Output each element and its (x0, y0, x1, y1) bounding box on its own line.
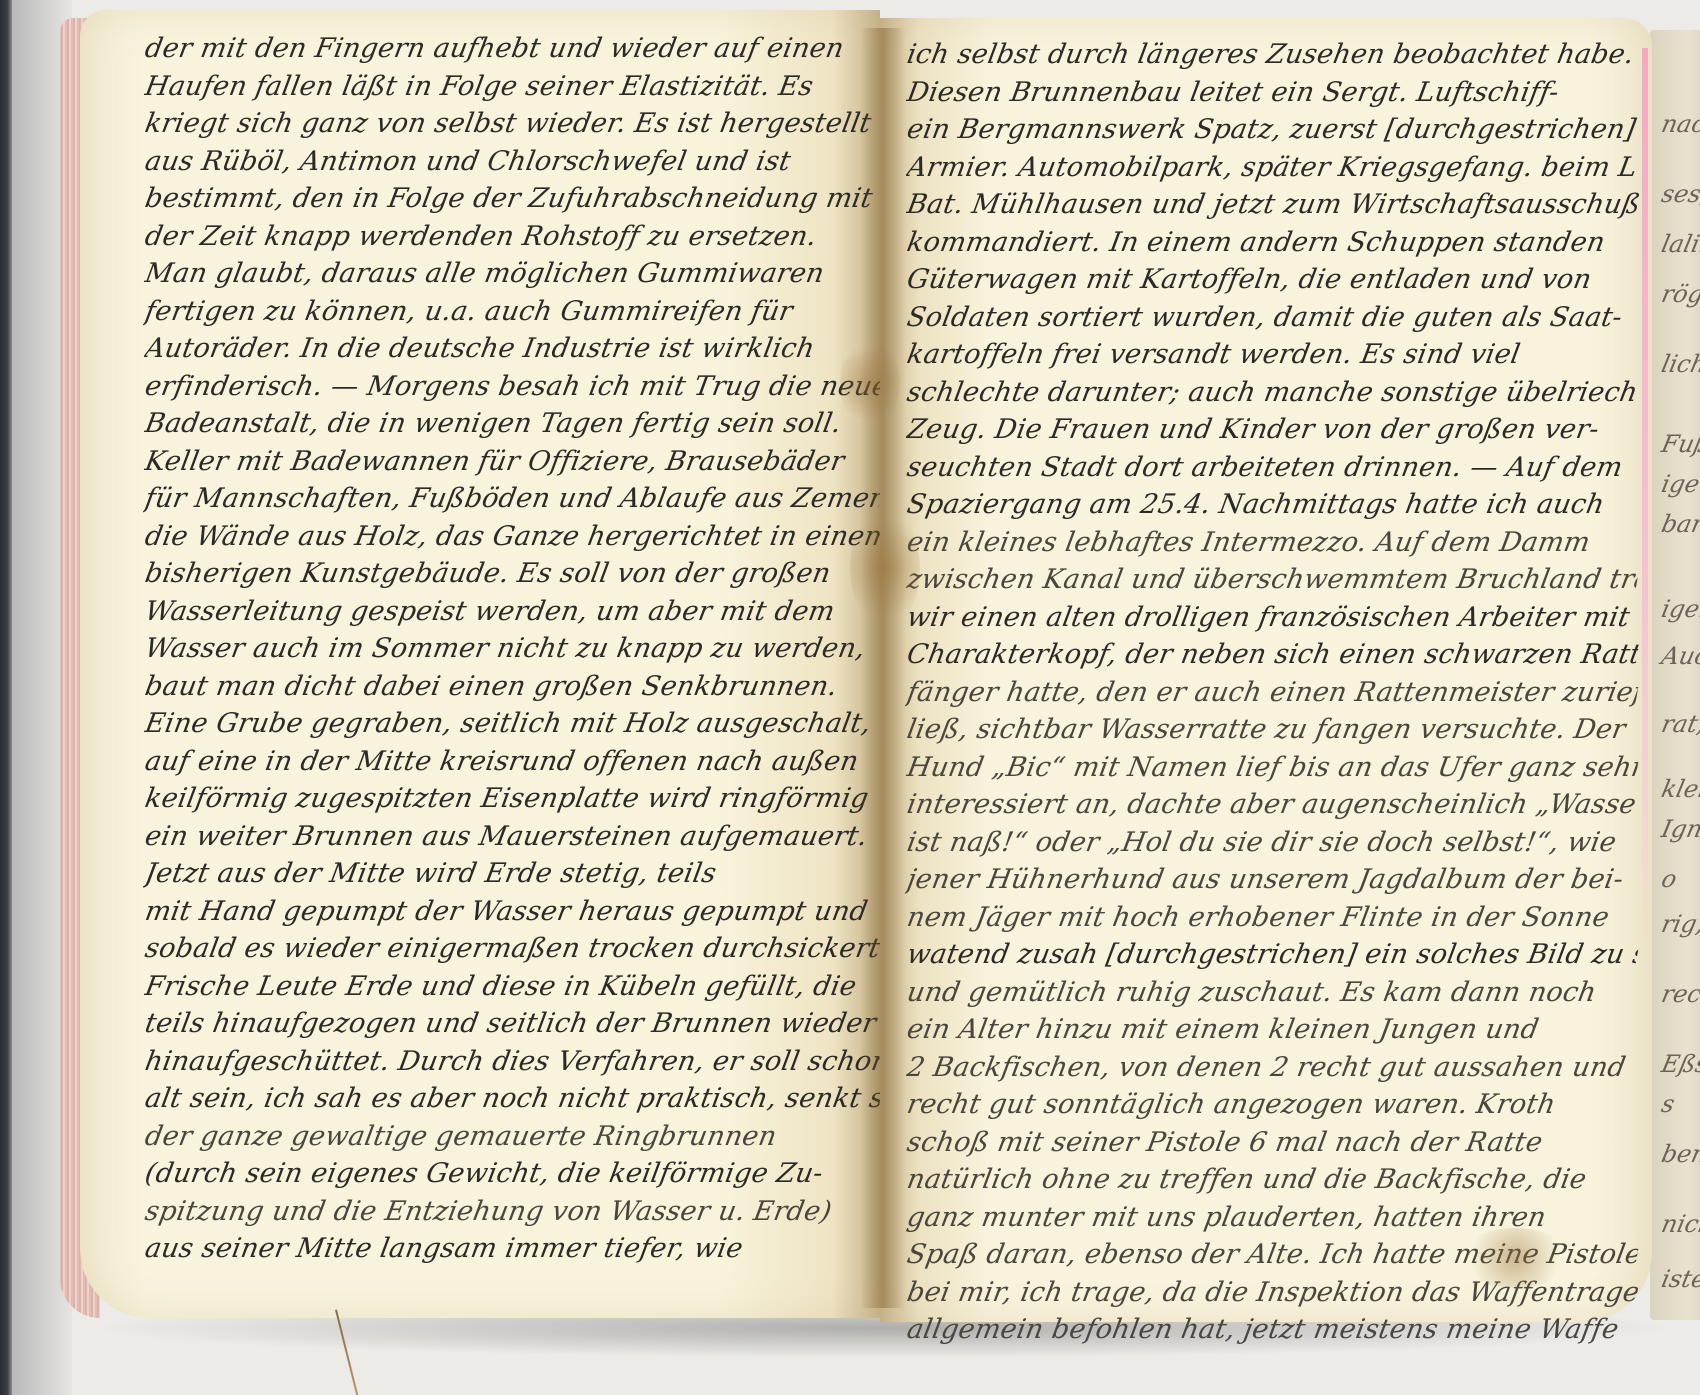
back-page-fragment: rig, (1659, 910, 1700, 938)
text-line: wir einen alten drolligen französischen … (904, 599, 1641, 637)
text-line: watend zusah [durchgestrichen] ein solch… (904, 936, 1641, 974)
pink-page-edge (1642, 48, 1648, 948)
text-line: fänger hatte, den er auch einen Rattenme… (904, 674, 1641, 712)
text-line: Zeug. Die Frauen und Kinder von der groß… (904, 411, 1641, 449)
text-line: ich selbst durch längeres Zusehen beobac… (904, 36, 1641, 74)
left-page: der mit den Fingern aufhebt und wieder a… (80, 10, 880, 1318)
text-line: Spaß daran, ebenso der Alte. Ich hatte m… (904, 1236, 1641, 1274)
right-page: ich selbst durch längeres Zusehen beobac… (880, 18, 1652, 1322)
text-line: Armier. Automobilpark, später Kriegsgefa… (904, 149, 1641, 187)
back-page-fragment: rög. (1659, 280, 1700, 308)
text-line: Hund „Bic“ mit Namen lief bis an das Ufe… (904, 749, 1641, 787)
text-line: kriegt sich ganz von selbst wieder. Es i… (142, 105, 884, 143)
text-line: Wasserleitung gespeist werden, um aber m… (142, 593, 884, 631)
text-line: Wasser auch im Sommer nicht zu knapp zu … (142, 630, 884, 668)
back-page-fragment: iste (1659, 1265, 1700, 1293)
text-line: ein kleines lebhaftes Intermezzo. Auf de… (904, 524, 1641, 562)
text-line: Man glaubt, daraus alle möglichen Gummiw… (142, 255, 884, 293)
text-line: (durch sein eigenes Gewicht, die keilför… (142, 1155, 884, 1193)
text-line: ließ, sichtbar Wasserratte zu fangen ver… (904, 711, 1641, 749)
back-page-fragment: rat, (1659, 710, 1700, 738)
text-line: fertigen zu können, u.a. auch Gummireife… (142, 293, 884, 331)
text-line: Güterwagen mit Kartoffeln, die entladen … (904, 261, 1641, 299)
text-line: ein Alter hinzu mit einem kleinen Jungen… (904, 1011, 1641, 1049)
text-line: allgemein befohlen hat, jetzt meistens m… (904, 1311, 1641, 1349)
text-line: aus seiner Mitte langsam immer tiefer, w… (142, 1230, 884, 1268)
text-line: seuchten Stadt dort arbeiteten drinnen. … (904, 449, 1641, 487)
back-page-fragment: lich (1659, 350, 1700, 378)
text-line: natürlich ohne zu treffen und die Backfi… (904, 1161, 1641, 1199)
text-line: erfinderisch. — Morgens besah ich mit Tr… (142, 368, 884, 406)
text-line: baut man dicht dabei einen großen Senkbr… (142, 668, 884, 706)
text-line: sobald es wieder einigermaßen trocken du… (142, 930, 884, 968)
scanner-edge (0, 0, 12, 1395)
text-line: bei mir, ich trage, da die Inspektion da… (904, 1274, 1641, 1312)
right-page-text: ich selbst durch längeres Zusehen beobac… (904, 36, 1634, 1349)
text-line: Bat. Mühlhausen und jetzt zum Wirtschaft… (904, 186, 1641, 224)
back-page-fragment: rechts (1659, 980, 1700, 1008)
text-line: der Zeit knapp werdenden Rohstoff zu ers… (142, 218, 884, 256)
text-line: auf eine in der Mitte kreisrund offenen … (142, 743, 884, 781)
back-page-fragment: Ign. (1659, 815, 1700, 843)
text-line: Haufen fallen läßt in Folge seiner Elast… (142, 68, 884, 106)
text-line: zwischen Kanal und überschwemmtem Bruchl… (904, 561, 1641, 599)
text-line: hinaufgeschüttet. Durch dies Verfahren, … (142, 1043, 884, 1081)
back-page-fragment: Eßstand (1659, 1050, 1700, 1078)
text-line: keilförmig zugespitzten Eisenplatte wird… (142, 780, 884, 818)
back-page-fragment: Auch (1659, 642, 1700, 670)
text-line: Autoräder. In die deutsche Industrie ist… (142, 330, 884, 368)
text-line: aus Rüböl, Antimon und Chlorschwefel und… (142, 143, 884, 181)
text-line: recht gut sonntäglich angezogen waren. K… (904, 1086, 1641, 1124)
text-line: mit Hand gepumpt der Wasser heraus gepum… (142, 893, 884, 931)
text-line: bisherigen Kunstgebäude. Es soll von der… (142, 555, 884, 593)
text-line: für Mannschaften, Fußböden und Ablaufe a… (142, 480, 884, 518)
text-line: Diesen Brunnenbau leitet ein Sergt. Luft… (904, 74, 1641, 112)
back-page-fragment: ben. (1659, 1140, 1700, 1168)
text-line: Keller mit Badewannen für Offiziere, Bra… (142, 443, 884, 481)
back-page-fragment: nach (1659, 110, 1700, 138)
back-page-fragment: s (1659, 1090, 1677, 1118)
open-notebook: nach ses, lalim. rög. lich Fuß. ige bar … (60, 8, 1685, 1338)
text-line: schlechte darunter; auch manche sonstige… (904, 374, 1641, 412)
text-line: 2 Backfischen, von denen 2 recht gut aus… (904, 1049, 1641, 1087)
text-line: Frische Leute Erde und diese in Kübeln g… (142, 968, 884, 1006)
back-page-fragment: bar (1659, 510, 1700, 538)
text-line: Badeanstalt, die in wenigen Tagen fertig… (142, 405, 884, 443)
text-line: alt sein, ich sah es aber noch nicht pra… (142, 1080, 884, 1118)
back-page-fragment: ige (1659, 470, 1700, 498)
text-line: der mit den Fingern aufhebt und wieder a… (142, 30, 884, 68)
back-page-fragment: iger. (1659, 595, 1700, 623)
back-page-fragment: o (1659, 865, 1679, 893)
text-line: bestimmt, den in Folge der Zufuhrabschne… (142, 180, 884, 218)
text-line: jener Hühnerhund aus unserem Jagdalbum d… (904, 861, 1641, 899)
text-line: Spaziergang am 25.4. Nachmittags hatte i… (904, 486, 1641, 524)
text-line: Jetzt aus der Mitte wird Erde stetig, te… (142, 855, 884, 893)
text-line: der ganze gewaltige gemauerte Ringbrunne… (142, 1118, 884, 1156)
back-page-edge: nach ses, lalim. rög. lich Fuß. ige bar … (1650, 30, 1700, 1320)
text-line: Soldaten sortiert wurden, damit die gute… (904, 299, 1641, 337)
back-page-fragment: lalim. (1659, 230, 1700, 258)
text-line: teils hinaufgezogen und seitlich der Bru… (142, 1005, 884, 1043)
text-line: ein weiter Brunnen aus Mauersteinen aufg… (142, 818, 884, 856)
text-line: interessiert an, dachte aber augenschein… (904, 786, 1641, 824)
text-line: Charakterkopf, der neben sich einen schw… (904, 636, 1641, 674)
text-line: spitzung und die Entziehung von Wasser u… (142, 1193, 884, 1231)
text-line: kommandiert. In einem andern Schuppen st… (904, 224, 1641, 262)
text-line: schoß mit seiner Pistole 6 mal nach der … (904, 1124, 1641, 1162)
back-page-fragment: Fuß. (1659, 430, 1700, 458)
text-line: ganz munter mit uns plauderten, hatten i… (904, 1199, 1641, 1237)
left-page-text: der mit den Fingern aufhebt und wieder a… (142, 30, 877, 1268)
back-page-fragment: kleine (1659, 775, 1700, 803)
text-line: die Wände aus Holz, das Ganze hergericht… (142, 518, 884, 556)
text-line: ist naß!“ oder „Hol du sie dir sie doch … (904, 824, 1641, 862)
text-line: nem Jäger mit hoch erhobener Flinte in d… (904, 899, 1641, 937)
text-line: Eine Grube gegraben, seitlich mit Holz a… (142, 705, 884, 743)
back-page-fragment: ses, (1659, 180, 1700, 208)
text-line: ein Bergmannswerk Spatz, zuerst [durchge… (904, 111, 1641, 149)
back-page-fragment: nicht (1659, 1210, 1700, 1238)
text-line: kartoffeln frei versandt werden. Es sind… (904, 336, 1641, 374)
text-line: und gemütlich ruhig zuschaut. Es kam dan… (904, 974, 1641, 1012)
